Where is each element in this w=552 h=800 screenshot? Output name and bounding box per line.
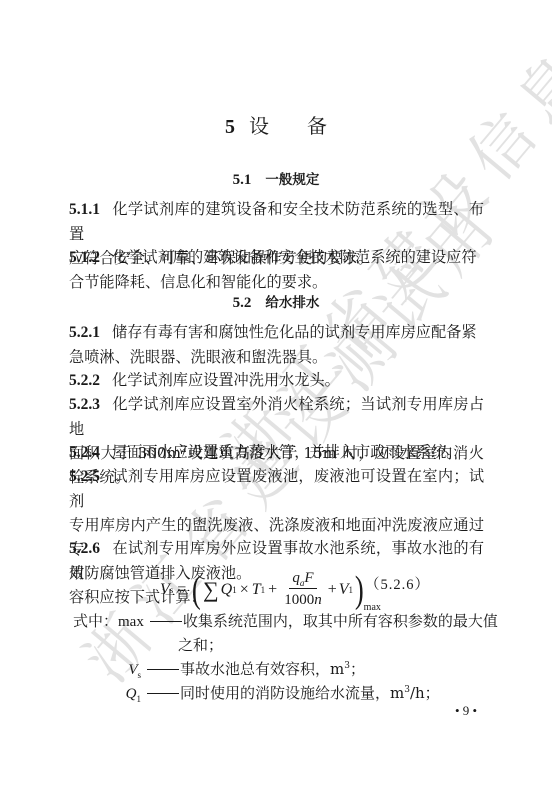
symbol-sub: 1 bbox=[137, 694, 142, 704]
legend-symbol: Vs bbox=[125, 658, 141, 682]
formula-q1: Q bbox=[221, 581, 233, 599]
clause-5-2-2: 5.2.2化学试剂库应设置冲洗用水龙头。 bbox=[69, 368, 484, 393]
fraction-numerator: qaF bbox=[289, 569, 316, 589]
formula-row: Vs = ( ∑ Q1 × T1 + qaF 1000n + V1 ) max bbox=[160, 569, 381, 610]
formula-lhs: V bbox=[160, 581, 170, 599]
clause-number: 5.2.6 bbox=[69, 540, 100, 557]
formula-qa: q bbox=[292, 570, 300, 586]
clause-text-continued: 合节能降耗、信息化和智能化的要求。 bbox=[69, 270, 484, 294]
clause-text: 化学试剂库应设置冲洗用水龙头。 bbox=[112, 371, 340, 389]
em-dash bbox=[147, 669, 179, 670]
clause-text-continued: 急喷淋、洗眼器、洗眼液和盥洗器具。 bbox=[69, 345, 484, 369]
formula-t1: T bbox=[252, 581, 261, 599]
formula-5-2-6: Vs = ( ∑ Q1 × T1 + qaF 1000n + V1 ) max bbox=[160, 557, 490, 615]
legend-symbol: Q1 bbox=[125, 682, 141, 706]
clause-text: 储存有毒有害和腐蚀性危化品的试剂专用库房应配备紧 bbox=[112, 323, 477, 341]
formula-v1: V bbox=[339, 581, 349, 599]
legend-item-max: 式中：max收集系统范围内，取其中所有容积参数的最大值 bbox=[73, 609, 498, 634]
chapter-title: 5设备 bbox=[0, 113, 552, 140]
symbol-q: Q bbox=[126, 686, 137, 702]
chapter-title-char2: 备 bbox=[307, 114, 327, 138]
clause-5-2-4: 5.2.4屋面雨水应设置重力落水管，并排入市政雨水系统。 bbox=[69, 440, 484, 465]
section-title-5-1: 5.1一般规定 bbox=[0, 170, 552, 190]
formula-equals: = bbox=[177, 581, 186, 599]
formula-times: × bbox=[240, 581, 249, 599]
fraction-denominator: 1000n bbox=[284, 589, 322, 610]
clause-number: 5.1.2 bbox=[69, 249, 100, 266]
clause-number: 5.2.2 bbox=[69, 372, 100, 389]
formula-n: n bbox=[314, 592, 322, 608]
legend-item-q1: Q1同时使用的消防设施给水流量，m3/h； bbox=[125, 681, 440, 706]
legend-description: 同时使用的消防设施给水流量，m bbox=[180, 684, 404, 702]
clause-number: 5.2.3 bbox=[69, 396, 100, 413]
clause-number: 5.2.5 bbox=[69, 468, 100, 485]
legend-description-end: ； bbox=[350, 660, 365, 678]
formula-1000: 1000 bbox=[284, 592, 314, 608]
legend-intro: 式中： bbox=[73, 612, 118, 630]
legend-description: 事故水池总有效容积，m bbox=[180, 660, 344, 678]
clause-number: 5.2.1 bbox=[69, 324, 100, 341]
right-paren: ) bbox=[355, 571, 364, 609]
chapter-title-char1: 设 bbox=[249, 114, 269, 138]
clause-text: 化学试剂库应设置室外消火栓系统；当试剂专用库房占地 bbox=[69, 395, 484, 438]
formula-plus: + bbox=[268, 581, 277, 599]
clause-text: 化学试剂库的建筑设备和安全技术防范系统的建设应符 bbox=[112, 248, 477, 266]
symbol-sub: s bbox=[137, 670, 141, 680]
formula-plus: + bbox=[328, 581, 337, 599]
legend-description-end: /h； bbox=[410, 684, 440, 702]
clause-5-2-1: 5.2.1储存有毒有害和腐蚀性危化品的试剂专用库房应配备紧 急喷淋、洗眼器、洗眼… bbox=[69, 320, 484, 369]
formula-f: F bbox=[304, 570, 313, 586]
legend-symbol: max bbox=[118, 610, 144, 634]
clause-number: 5.1.1 bbox=[69, 201, 100, 218]
section-title-5-2: 5.2给水排水 bbox=[0, 293, 552, 313]
clause-text: 化学试剂库的建筑设备和安全技术防范系统的选型、布置 bbox=[69, 200, 484, 243]
clause-5-1-2: 5.1.2化学试剂库的建筑设备和安全技术防范系统的建设应符 合节能降耗、信息化和… bbox=[69, 245, 484, 294]
legend-description-continued: 之和； bbox=[178, 636, 223, 654]
legend-description: 收集系统范围内，取其中所有容积参数的最大值 bbox=[183, 612, 498, 630]
left-paren: ( bbox=[192, 571, 201, 609]
clause-text: 屋面雨水应设置重力落水管，并排入市政雨水系统。 bbox=[112, 443, 461, 461]
formula-fraction: qaF 1000n bbox=[284, 569, 322, 610]
legend-item-vs: Vs事故水池总有效容积，m3； bbox=[125, 657, 365, 682]
em-dash bbox=[147, 693, 179, 694]
clause-text: 试剂专用库房应设置废液池，废液池可设置在室内；试剂 bbox=[69, 467, 484, 510]
chapter-number: 5 bbox=[225, 116, 235, 138]
document-page: 浙江省建设信息公开 浙江省建设测试用 5设备 5.1一般规定 5.1.1化学试剂… bbox=[0, 0, 552, 800]
page-number: • 9 • bbox=[455, 703, 477, 719]
section-number: 5.1 bbox=[233, 172, 252, 188]
section-heading: 给水排水 bbox=[265, 295, 319, 311]
section-number: 5.2 bbox=[233, 295, 252, 311]
page-content: 5设备 5.1一般规定 5.1.1化学试剂库的建筑设备和安全技术防范系统的选型、… bbox=[0, 0, 552, 800]
legend-item-max-continued: 之和； bbox=[178, 633, 223, 657]
em-dash bbox=[150, 621, 182, 622]
section-heading: 一般规定 bbox=[265, 172, 319, 188]
clause-number: 5.2.4 bbox=[69, 444, 100, 461]
equation-number: （5.2.6） bbox=[365, 573, 430, 594]
sigma-symbol: ∑ bbox=[203, 577, 219, 603]
